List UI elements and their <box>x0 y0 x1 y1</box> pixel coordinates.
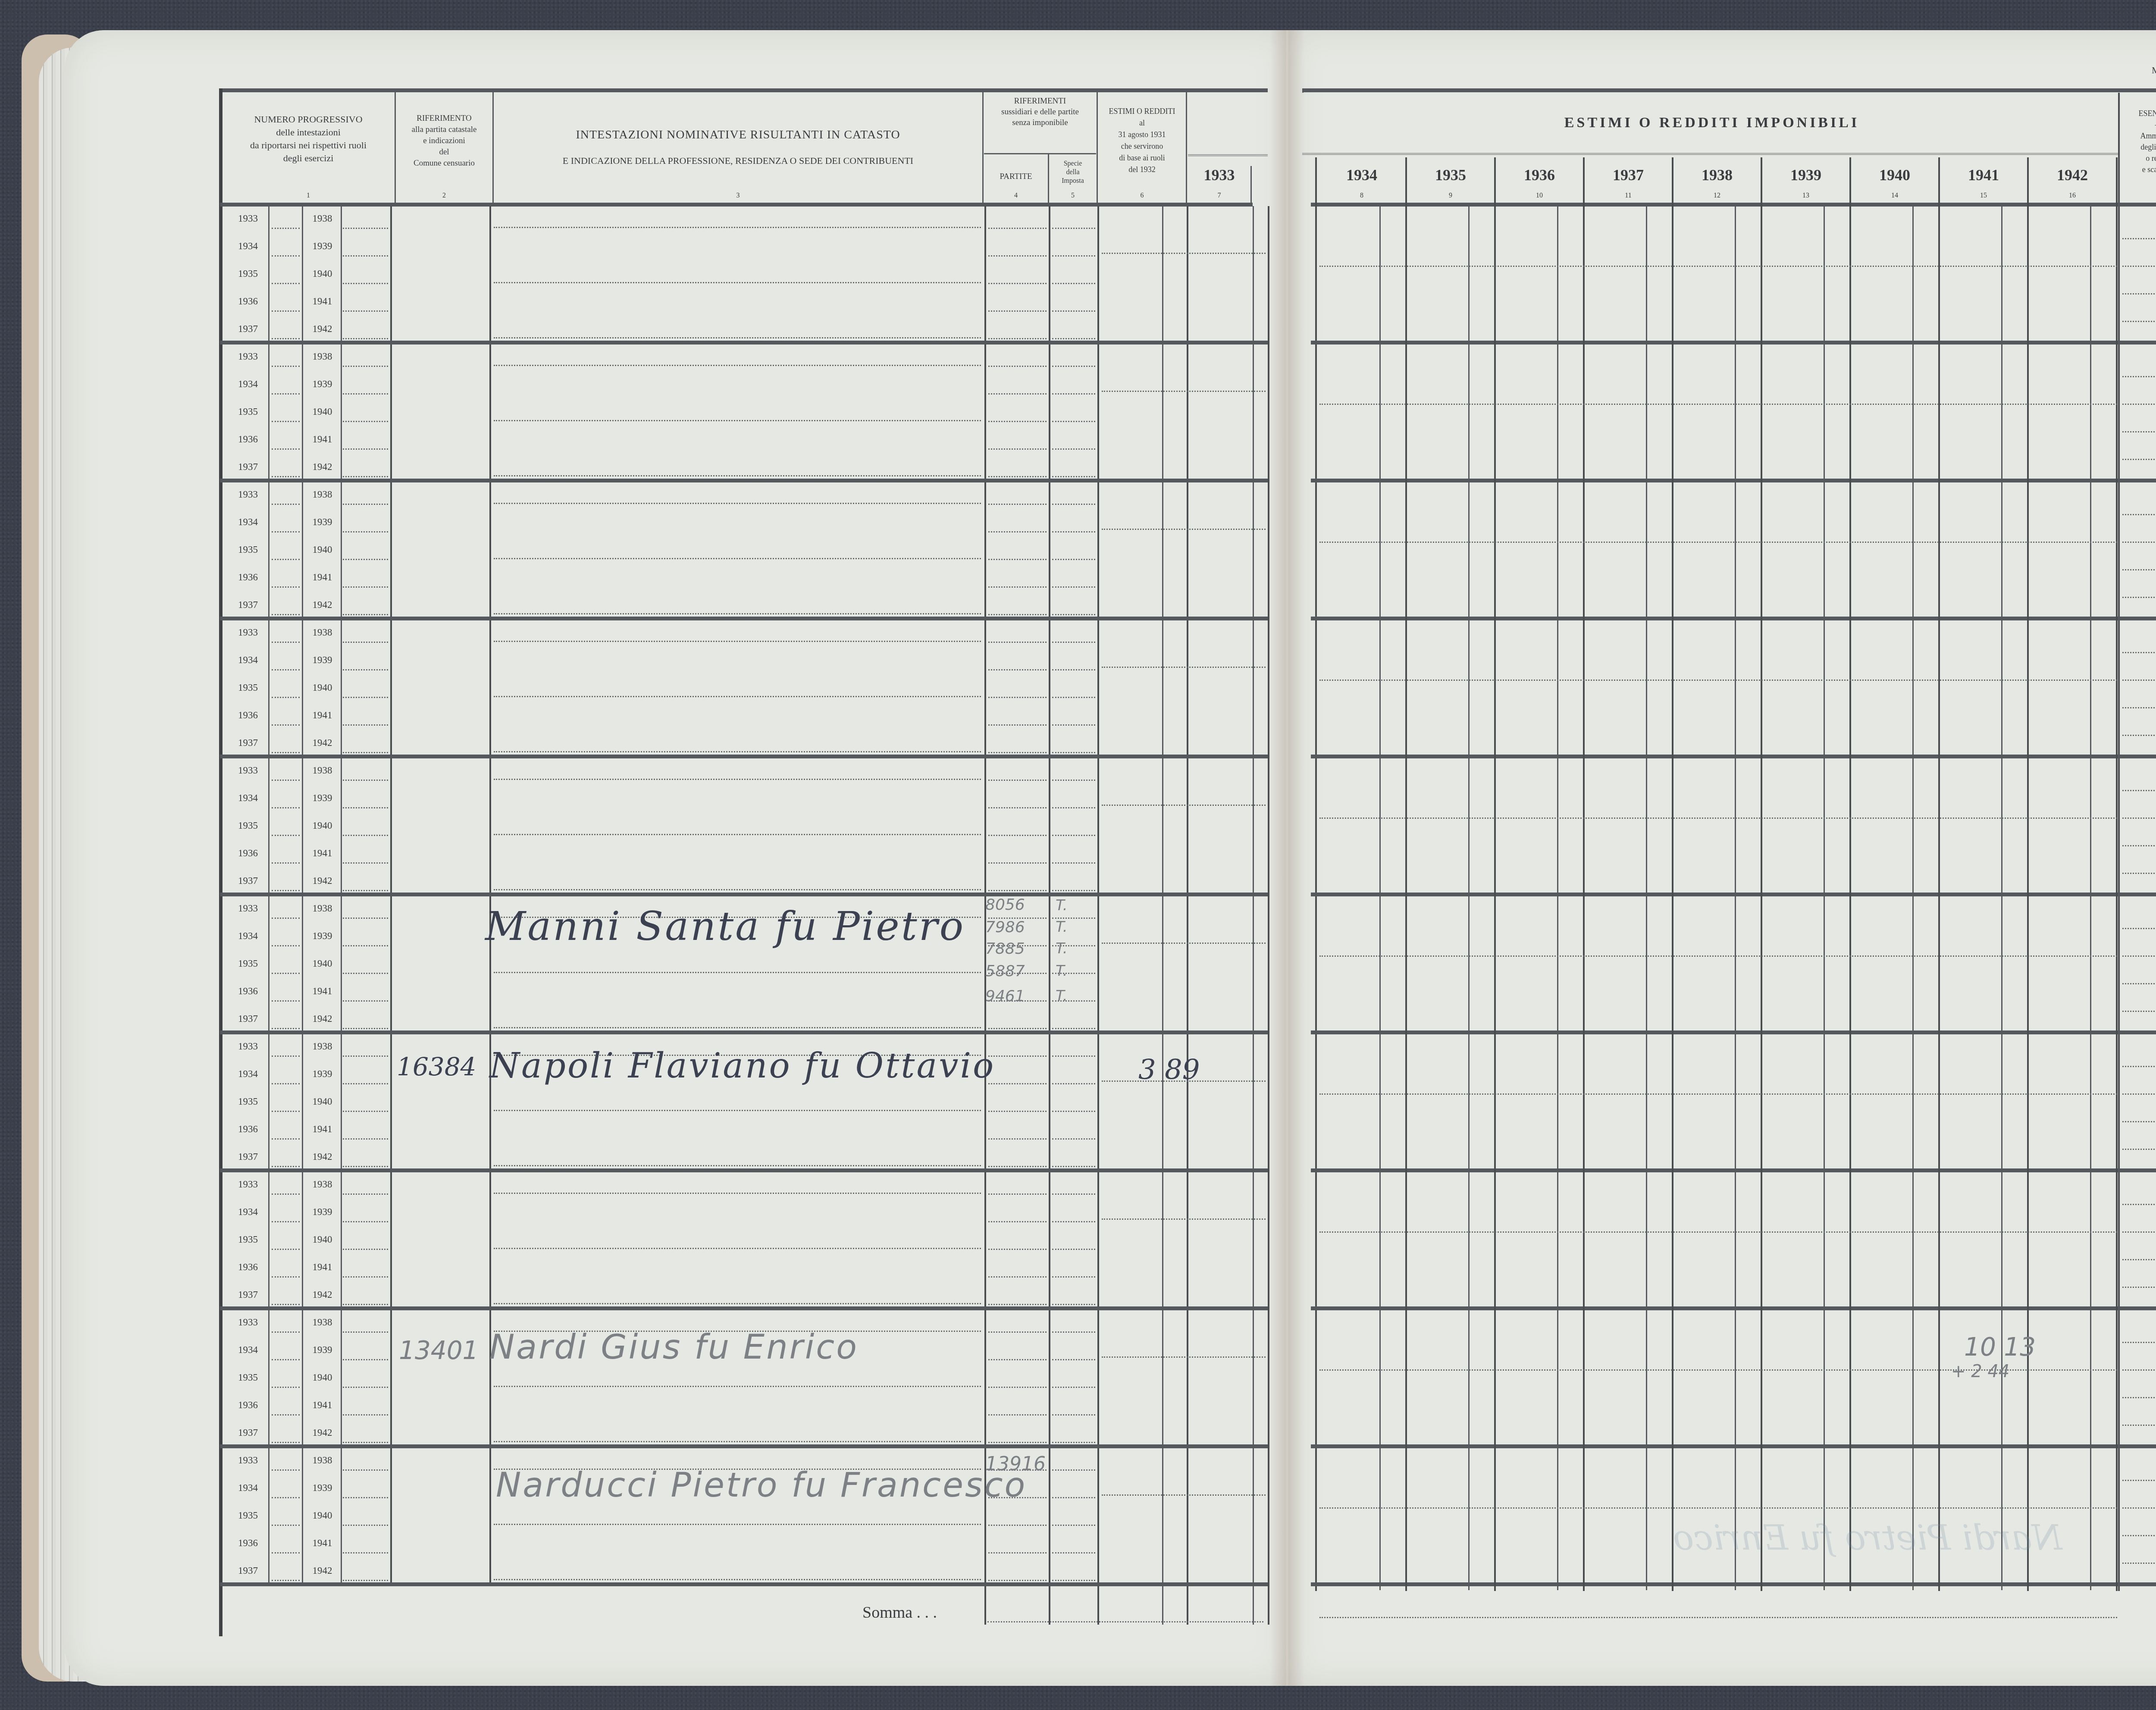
dotted-fill-line <box>1052 807 1095 808</box>
entry-riferimento[interactable]: 13401 <box>399 1336 479 1365</box>
colnum-1: 1 <box>222 192 395 200</box>
year-label-right: 1939 <box>304 379 341 390</box>
entry-name[interactable]: Napoli Flaviano fu Ottavio <box>489 1046 995 1086</box>
year-label-right: 1941 <box>304 710 341 721</box>
year-label-right: 1941 <box>304 1124 341 1135</box>
dotted-fill-line <box>1102 1218 1266 1220</box>
dotted-fill-line <box>272 1083 300 1084</box>
column-divider <box>1938 157 1940 1591</box>
dotted-fill-line <box>2122 459 2156 460</box>
dotted-fill-line <box>988 421 1047 422</box>
dotted-fill-line <box>2122 1204 2156 1205</box>
year-label-right: 1942 <box>304 1427 341 1438</box>
dotted-fill-line <box>1052 835 1095 836</box>
colnum-10: 10 <box>1495 192 1584 200</box>
name-line <box>494 641 981 642</box>
dotted-fill-line <box>1052 366 1095 367</box>
dotted-fill-line <box>272 476 300 477</box>
dotted-fill-line <box>2122 266 2156 267</box>
colnum-7: 7 <box>1188 192 1250 200</box>
dotted-fill-line <box>1052 1442 1095 1443</box>
year-label-left: 1937 <box>229 599 267 611</box>
dotted-fill-line <box>272 1331 300 1333</box>
dotted-fill-line <box>272 724 300 726</box>
dotted-fill-line <box>343 1028 388 1029</box>
dotted-fill-line <box>2122 983 2156 984</box>
dotted-fill-line <box>2122 790 2156 791</box>
year-label-left: 1933 <box>229 627 267 638</box>
column-divider <box>1849 157 1851 1591</box>
cents-divider <box>1557 206 1558 1590</box>
dotted-fill-line <box>272 531 300 532</box>
form-model-label: Mod. 111 - Imposte Dirette (Intercalare)… <box>2152 65 2156 76</box>
year-label-right: 1939 <box>304 1206 341 1218</box>
header-col4: PARTITE <box>984 170 1048 183</box>
year-label-right: 1939 <box>304 517 341 528</box>
year-label-left: 1934 <box>229 517 267 528</box>
year-label-right: 1941 <box>304 1262 341 1273</box>
dotted-fill-line <box>272 780 300 781</box>
dotted-fill-line <box>272 504 300 505</box>
dotted-fill-line <box>988 697 1047 698</box>
dotted-fill-line <box>272 1000 300 1002</box>
year-label-right: 1940 <box>304 544 341 555</box>
dotted-fill-line <box>2122 1342 2156 1343</box>
entry-specie[interactable]: T. <box>1056 962 1068 980</box>
name-line <box>494 1165 981 1166</box>
dotted-fill-line <box>988 1359 1047 1360</box>
colnum-2: 2 <box>396 192 492 200</box>
dotted-fill-line <box>988 1414 1047 1416</box>
dotted-fill-line <box>1319 1507 2117 1509</box>
dotted-fill-line <box>988 780 1047 781</box>
dotted-fill-line <box>1052 1028 1095 1029</box>
dotted-fill-line <box>2122 1535 2156 1536</box>
entry-estimi-1941-addition[interactable]: + 2 44 <box>1951 1362 2009 1381</box>
cents-divider <box>1824 206 1825 1590</box>
year-label-right: 1942 <box>304 1565 341 1576</box>
year-label-left: 1935 <box>229 820 267 831</box>
dotted-fill-line <box>343 1442 388 1443</box>
dotted-fill-line <box>272 1497 300 1498</box>
dotted-fill-line <box>272 1193 300 1195</box>
cents-divider <box>1379 206 1381 1590</box>
entry-specie[interactable]: T. <box>1056 987 1068 1005</box>
colnum-5: 5 <box>1049 192 1097 200</box>
column-divider <box>1405 157 1407 1591</box>
year-label-left: 1936 <box>229 434 267 445</box>
dotted-fill-line <box>343 945 388 946</box>
dotted-fill-line <box>1052 1193 1095 1195</box>
year-label-right: 1938 <box>304 1041 341 1052</box>
dotted-fill-line <box>1052 752 1095 753</box>
dotted-fill-line <box>2122 1287 2156 1288</box>
dotted-fill-line <box>1052 310 1095 312</box>
dotted-fill-line <box>988 255 1047 257</box>
name-line <box>494 227 981 228</box>
year-label-left: 1937 <box>229 323 267 335</box>
dotted-fill-line <box>1052 559 1095 560</box>
entry-specie[interactable]: T. <box>1056 918 1068 936</box>
dotted-fill-line <box>1052 1469 1095 1471</box>
year-label-right: 1941 <box>304 296 341 307</box>
dotted-fill-line <box>988 1028 1047 1029</box>
dotted-fill-line <box>1319 542 2117 543</box>
dotted-fill-line <box>343 862 388 864</box>
dotted-fill-line <box>2122 321 2156 322</box>
dotted-fill-line <box>2122 1093 2156 1095</box>
dotted-fill-line <box>1102 253 1266 254</box>
dotted-fill-line <box>988 642 1047 643</box>
dotted-fill-line <box>272 1525 300 1526</box>
header-year-1941: 1941 <box>1939 166 2028 184</box>
dotted-fill-line <box>988 1580 1047 1581</box>
dotted-fill-line <box>2122 817 2156 819</box>
colnum-9: 9 <box>1406 192 1495 200</box>
dotted-fill-line <box>1102 667 1266 668</box>
entry-riferimento[interactable]: 16384 <box>397 1052 476 1081</box>
dotted-fill-line <box>988 1138 1047 1140</box>
dotted-fill-line <box>343 531 388 532</box>
colnum-11: 11 <box>1584 192 1673 200</box>
dotted-fill-line <box>343 283 388 284</box>
year-label-left: 1935 <box>229 544 267 555</box>
dotted-fill-line <box>2122 1563 2156 1564</box>
dotted-fill-line <box>988 1552 1047 1553</box>
entry-name[interactable]: Manni Santa fu Pietro <box>485 903 965 949</box>
colnum-17: 17 <box>2121 192 2156 200</box>
right-page <box>1289 30 2156 1686</box>
dotted-fill-line <box>272 1249 300 1250</box>
header-year-1935: 1935 <box>1406 166 1495 184</box>
dotted-fill-line <box>272 1138 300 1140</box>
entry-specie[interactable]: T. <box>1056 897 1068 914</box>
cents-divider <box>1468 206 1470 1590</box>
entry-name[interactable]: Narducci Pietro fu Francesco <box>496 1466 1027 1505</box>
name-line <box>494 1027 981 1028</box>
reverse-page-bleed-through: Nardi Pietro fu Enrico <box>1673 1518 2062 1558</box>
year-label-right: 1941 <box>304 1400 341 1411</box>
dotted-fill-line <box>988 448 1047 450</box>
dotted-fill-line <box>1052 531 1095 532</box>
year-label-left: 1937 <box>229 1565 267 1576</box>
year-label-left: 1937 <box>229 1427 267 1438</box>
dotted-fill-line <box>343 697 388 698</box>
dotted-fill-line <box>343 366 388 367</box>
header-col3-subtitle: E INDICAZIONE DELLA PROFESSIONE, RESIDEN… <box>494 154 982 167</box>
year-label-right: 1938 <box>304 765 341 776</box>
dotted-fill-line <box>272 393 300 395</box>
dotted-fill-line <box>272 807 300 808</box>
dotted-fill-line <box>272 890 300 891</box>
name-line <box>494 1303 981 1304</box>
name-line <box>494 1524 981 1525</box>
year-label-left: 1934 <box>229 655 267 666</box>
colnum-13: 13 <box>1761 192 1850 200</box>
dotted-fill-line <box>343 780 388 781</box>
dotted-fill-line <box>1319 266 2117 267</box>
header-year-1934: 1934 <box>1317 166 1406 184</box>
dotted-fill-line <box>1052 1387 1095 1388</box>
name-line <box>494 282 981 283</box>
year-label-left: 1934 <box>229 379 267 390</box>
year-label-left: 1937 <box>229 1151 267 1162</box>
name-line <box>494 1579 981 1580</box>
dotted-fill-line <box>988 1055 1047 1057</box>
dotted-fill-line <box>272 283 300 284</box>
dotted-fill-line <box>1052 780 1095 781</box>
dotted-fill-line <box>1052 476 1095 477</box>
dotted-fill-line <box>988 310 1047 312</box>
dotted-fill-line <box>1052 448 1095 450</box>
year-label-right: 1938 <box>304 1455 341 1466</box>
dotted-fill-line <box>1052 697 1095 698</box>
year-label-left: 1935 <box>229 1096 267 1107</box>
dotted-fill-line <box>1052 504 1095 505</box>
name-line <box>494 365 981 366</box>
colnum-14: 14 <box>1850 192 1939 200</box>
dotted-fill-line <box>272 1359 300 1360</box>
dotted-fill-line <box>1102 391 1266 392</box>
colnum-15: 15 <box>1939 192 2028 200</box>
header-col6: ESTIMI O REDDITI al 31 agosto 1931 che s… <box>1098 106 1186 175</box>
dotted-fill-line <box>343 835 388 836</box>
header-year-1936: 1936 <box>1495 166 1584 184</box>
year-label-left: 1933 <box>229 1179 267 1190</box>
entry-partita[interactable]: 9461 <box>985 987 1025 1005</box>
dotted-fill-line <box>2122 680 2156 681</box>
header-col2: RIFERIMENTO alla partita catastale e ind… <box>396 113 492 169</box>
name-line <box>494 834 981 835</box>
dotted-fill-line <box>2122 1066 2156 1067</box>
dotted-fill-line <box>272 586 300 588</box>
dotted-fill-line <box>1052 228 1095 229</box>
dotted-fill-line <box>1102 1356 1266 1358</box>
year-label-right: 1939 <box>304 241 341 252</box>
dotted-fill-line <box>272 338 300 339</box>
dotted-fill-line <box>1052 1580 1095 1581</box>
dotted-fill-line <box>272 1414 300 1416</box>
name-line <box>494 1386 981 1387</box>
dotted-fill-line <box>2122 1121 2156 1122</box>
dotted-fill-line <box>2122 1397 2156 1398</box>
name-line <box>494 503 981 504</box>
dotted-fill-line <box>343 1359 388 1360</box>
name-line <box>494 613 981 614</box>
dotted-fill-line <box>2122 376 2156 377</box>
year-label-left: 1935 <box>229 406 267 417</box>
entry-partita[interactable]: 5887 <box>985 962 1025 980</box>
dotted-fill-line <box>272 1552 300 1553</box>
header-col45-group: RIFERIMENTI sussidiari e delle partite s… <box>984 96 1096 128</box>
year-label-right: 1942 <box>304 1013 341 1024</box>
dotted-fill-line <box>1102 529 1266 530</box>
cents-divider <box>2001 206 2002 1590</box>
dotted-fill-line <box>1052 1497 1095 1498</box>
year-label-right: 1941 <box>304 1538 341 1549</box>
column-divider <box>1494 157 1496 1591</box>
cents-divider <box>1646 206 1647 1590</box>
dotted-fill-line <box>988 614 1047 615</box>
dotted-fill-line <box>988 476 1047 477</box>
dotted-fill-line <box>343 1580 388 1581</box>
year-label-right: 1939 <box>304 655 341 666</box>
year-label-left: 1936 <box>229 296 267 307</box>
dotted-fill-line <box>343 614 388 615</box>
dotted-fill-line <box>343 918 388 919</box>
dotted-fill-line <box>272 1387 300 1388</box>
year-label-right: 1939 <box>304 792 341 804</box>
year-label-right: 1938 <box>304 627 341 638</box>
year-label-right: 1941 <box>304 986 341 997</box>
header-year-1933: 1933 <box>1188 166 1250 184</box>
dotted-fill-line <box>2122 431 2156 432</box>
dotted-fill-line <box>343 586 388 588</box>
year-label-left: 1937 <box>229 1013 267 1024</box>
header-col3-title: INTESTAZIONI NOMINATIVE RISULTANTI IN CA… <box>494 127 982 143</box>
dotted-fill-line <box>988 338 1047 339</box>
dotted-fill-line <box>272 945 300 946</box>
dotted-fill-line <box>1319 1093 2117 1095</box>
year-label-left: 1936 <box>229 848 267 859</box>
cents-divider <box>1912 206 1914 1590</box>
dotted-fill-line <box>343 1525 388 1526</box>
header-year-1940: 1940 <box>1850 166 1939 184</box>
dotted-fill-line <box>2122 845 2156 846</box>
header-year-1938: 1938 <box>1673 166 1761 184</box>
entry-estimi-1931[interactable]: 3 89 <box>1138 1054 1200 1086</box>
year-label-left: 1935 <box>229 1372 267 1383</box>
dotted-fill-line <box>272 559 300 560</box>
dotted-fill-line <box>272 1276 300 1278</box>
dotted-fill-line <box>988 1525 1047 1526</box>
dotted-fill-line <box>1052 1304 1095 1305</box>
entry-specie[interactable]: T. <box>1056 940 1068 957</box>
year-label-left: 1935 <box>229 1234 267 1245</box>
year-label-right: 1940 <box>304 1510 341 1521</box>
dotted-fill-line <box>343 1000 388 1002</box>
dotted-fill-line <box>2122 652 2156 653</box>
name-line <box>494 779 981 780</box>
entry-partita[interactable]: 8056 <box>985 896 1025 914</box>
dotted-fill-line <box>1052 862 1095 864</box>
dotted-fill-line <box>1052 1249 1095 1250</box>
dotted-fill-line <box>2122 707 2156 708</box>
year-label-left: 1935 <box>229 268 267 279</box>
dotted-fill-line <box>1052 890 1095 891</box>
dotted-fill-line <box>343 476 388 477</box>
dotted-fill-line <box>272 1304 300 1305</box>
year-label-right: 1940 <box>304 406 341 417</box>
cents-divider <box>2090 206 2091 1590</box>
dotted-fill-line <box>988 228 1047 229</box>
dotted-fill-line <box>343 642 388 643</box>
dotted-fill-line <box>988 1221 1047 1222</box>
column-divider <box>2027 157 2029 1591</box>
dotted-fill-line <box>1319 1231 2117 1233</box>
entry-partita[interactable]: 7885 <box>985 940 1025 958</box>
dotted-fill-line <box>2122 1425 2156 1426</box>
dotted-fill-line <box>272 228 300 229</box>
year-label-left: 1934 <box>229 1206 267 1218</box>
entry-partita[interactable]: 13916 <box>985 1453 1046 1475</box>
dotted-fill-line <box>343 1055 388 1057</box>
year-label-left: 1934 <box>229 792 267 804</box>
year-label-right: 1942 <box>304 1151 341 1162</box>
year-label-left: 1937 <box>229 737 267 749</box>
dotted-fill-line <box>272 255 300 257</box>
dotted-fill-line <box>988 724 1047 726</box>
dotted-fill-line <box>988 283 1047 284</box>
dotted-fill-line <box>272 448 300 450</box>
entry-name[interactable]: Nardi Gius fu Enrico <box>489 1328 859 1367</box>
dotted-fill-line <box>988 504 1047 505</box>
entry-partita[interactable]: 7986 <box>985 918 1025 936</box>
name-line <box>494 889 981 890</box>
dotted-fill-line <box>272 1442 300 1443</box>
dotted-fill-line <box>2122 1259 2156 1260</box>
year-label-left: 1936 <box>229 1400 267 1411</box>
column-divider <box>2116 157 2118 1591</box>
dotted-fill-line <box>988 1111 1047 1112</box>
year-label-left: 1933 <box>229 1041 267 1052</box>
year-label-right: 1938 <box>304 1179 341 1190</box>
dotted-fill-line <box>343 338 388 339</box>
dotted-fill-line <box>272 1166 300 1167</box>
dotted-fill-line <box>343 1414 388 1416</box>
entry-estimi-1941[interactable]: 10 13 <box>1964 1332 2036 1362</box>
year-label-right: 1940 <box>304 820 341 831</box>
dotted-fill-line <box>988 1083 1047 1084</box>
dotted-fill-line <box>1052 1331 1095 1333</box>
dotted-fill-line <box>1052 1166 1095 1167</box>
dotted-fill-line <box>272 1055 300 1057</box>
dotted-fill-line <box>343 1469 388 1471</box>
name-line <box>494 696 981 697</box>
dotted-fill-line <box>2122 514 2156 515</box>
dotted-fill-line <box>2122 1149 2156 1150</box>
dotted-fill-line <box>2122 597 2156 598</box>
dotted-fill-line <box>343 1083 388 1084</box>
year-label-right: 1942 <box>304 599 341 611</box>
dotted-fill-line <box>1052 255 1095 257</box>
dotted-fill-line <box>2122 1480 2156 1481</box>
name-line <box>494 475 981 476</box>
year-label-left: 1937 <box>229 461 267 473</box>
dotted-fill-line <box>2122 542 2156 543</box>
dotted-fill-line <box>272 752 300 753</box>
dotted-fill-line <box>343 504 388 505</box>
dotted-fill-line <box>988 669 1047 670</box>
year-label-right: 1940 <box>304 682 341 693</box>
dotted-fill-line <box>1052 1083 1095 1084</box>
dotted-fill-line <box>988 531 1047 532</box>
dotted-fill-line <box>343 752 388 753</box>
dotted-fill-line <box>988 1387 1047 1388</box>
dotted-fill-line <box>343 255 388 257</box>
dotted-fill-line <box>2122 928 2156 929</box>
dotted-fill-line <box>988 807 1047 808</box>
dotted-fill-line <box>1052 1414 1095 1416</box>
name-line <box>494 337 981 338</box>
year-label-right: 1942 <box>304 737 341 749</box>
header-year-1942: 1942 <box>2028 166 2117 184</box>
year-label-right: 1938 <box>304 489 341 500</box>
year-label-left: 1933 <box>229 903 267 914</box>
dotted-fill-line <box>272 614 300 615</box>
year-label-right: 1938 <box>304 213 341 224</box>
dotted-fill-line <box>272 1111 300 1112</box>
